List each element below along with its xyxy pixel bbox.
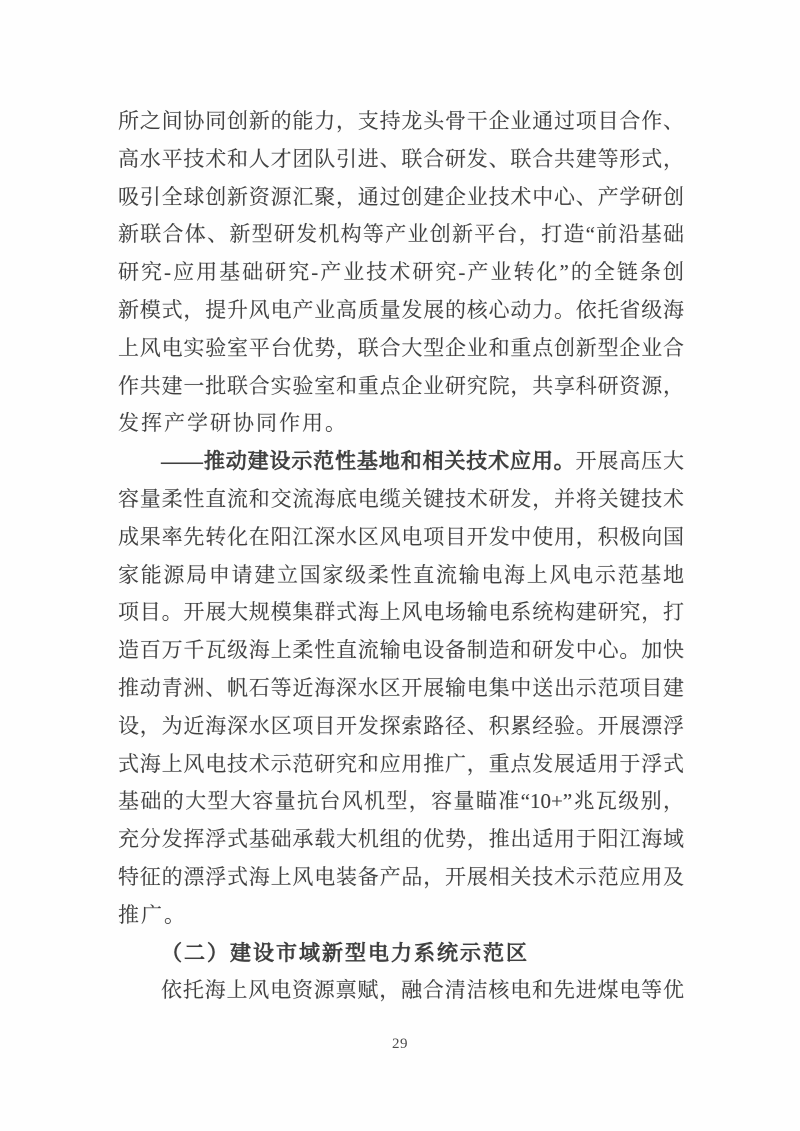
bold-text-segment: （二）建设市域新型电力系统示范区	[161, 941, 529, 965]
text-segment: 基础的大型大容量抗台风机型，容量瞄准“10+”兆瓦级别，	[118, 789, 684, 813]
text-line: 作共建一批联合实验室和重点企业研究院，共享科研资源，	[118, 368, 684, 406]
text-line: 特征的漂浮式海上风电装备产品，开展相关技术示范应用及	[118, 859, 684, 897]
text-line: 项目。开展大规模集群式海上风电场输电系统构建研究，打	[118, 594, 684, 632]
text-segment: 特征的漂浮式海上风电装备产品，开展相关技术示范应用及	[118, 865, 684, 889]
text-segment: 设，为近海深水区项目开发探索路径、积累经验。开展漂浮	[118, 714, 684, 738]
text-segment: 造百万千瓦级海上柔性直流输电设备制造和研发中心。加快	[118, 638, 684, 662]
text-line: 家能源局申请建立国家级柔性直流输电海上风电示范基地	[118, 557, 684, 595]
text-segment: 推动青洲、帆石等近海深水区开展输电集中送出示范项目建	[118, 676, 684, 700]
text-segment: 作共建一批联合实验室和重点企业研究院，共享科研资源，	[118, 374, 684, 398]
text-segment: 发挥产学研协同作用。	[118, 411, 348, 435]
text-segment: 充分发挥浮式基础承载大机组的优势，推出适用于阳江海域	[118, 827, 684, 851]
text-line: 新模式，提升风电产业高质量发展的核心动力。依托省级海	[118, 292, 684, 330]
page-number: 29	[0, 1036, 800, 1053]
text-line: 所之间协同创新的能力，支持龙头骨干企业通过项目合作、	[118, 103, 684, 141]
text-block: 所之间协同创新的能力，支持龙头骨干企业通过项目合作、高水平技术和人才团队引进、联…	[118, 103, 684, 1010]
text-segment: 推广。	[118, 903, 187, 927]
text-line: 基础的大型大容量抗台风机型，容量瞄准“10+”兆瓦级别，	[118, 783, 684, 821]
text-line: 成果率先转化在阳江深水区风电项目开发中使用，积极向国	[118, 519, 684, 557]
text-line: 式海上风电技术示范研究和应用推广，重点发展适用于浮式	[118, 746, 684, 784]
text-line: 设，为近海深水区项目开发探索路径、积累经验。开展漂浮	[118, 708, 684, 746]
text-segment: 容量柔性直流和交流海底电缆关键技术研发，并将关键技术	[118, 487, 684, 511]
text-segment: 依托海上风电资源禀赋，融合清洁核电和先进煤电等优	[161, 978, 684, 1002]
text-segment: 研究-应用基础研究-产业技术研究-产业转化”的全链条创	[118, 260, 684, 284]
text-segment: 家能源局申请建立国家级柔性直流输电海上风电示范基地	[118, 563, 684, 587]
text-line: 造百万千瓦级海上柔性直流输电设备制造和研发中心。加快	[118, 632, 684, 670]
text-line: 吸引全球创新资源汇聚，通过创建企业技术中心、产学研创	[118, 179, 684, 217]
text-segment: 新联合体、新型研发机构等产业创新平台，打造“前沿基础	[118, 222, 684, 246]
text-segment: 上风电实验室平台优势，联合大型企业和重点创新型企业合	[118, 336, 684, 360]
text-line: 研究-应用基础研究-产业技术研究-产业转化”的全链条创	[118, 254, 684, 292]
text-segment: 项目。开展大规模集群式海上风电场输电系统构建研究，打	[118, 600, 684, 624]
text-segment: 式海上风电技术示范研究和应用推广，重点发展适用于浮式	[118, 752, 684, 776]
text-line: 容量柔性直流和交流海底电缆关键技术研发，并将关键技术	[118, 481, 684, 519]
text-segment: 吸引全球创新资源汇聚，通过创建企业技术中心、产学研创	[118, 185, 684, 209]
bold-text-segment: ——推动建设示范性基地和相关技术应用。	[161, 449, 576, 473]
text-segment: 高水平技术和人才团队引进、联合研发、联合共建等形式，	[118, 147, 684, 171]
text-segment: 所之间协同创新的能力，支持龙头骨干企业通过项目合作、	[118, 109, 684, 133]
text-segment: 新模式，提升风电产业高质量发展的核心动力。依托省级海	[118, 298, 684, 322]
text-line: 发挥产学研协同作用。	[118, 405, 684, 443]
document-page: 所之间协同创新的能力，支持龙头骨干企业通过项目合作、高水平技术和人才团队引进、联…	[0, 0, 800, 1131]
section-heading: （二）建设市域新型电力系统示范区	[118, 935, 684, 973]
text-line: 充分发挥浮式基础承载大机组的优势，推出适用于阳江海域	[118, 821, 684, 859]
text-segment: 成果率先转化在阳江深水区风电项目开发中使用，积极向国	[118, 525, 684, 549]
text-line: 高水平技术和人才团队引进、联合研发、联合共建等形式，	[118, 141, 684, 179]
text-line: 推广。	[118, 897, 684, 935]
text-line: 依托海上风电资源禀赋，融合清洁核电和先进煤电等优	[118, 972, 684, 1010]
text-line: 新联合体、新型研发机构等产业创新平台，打造“前沿基础	[118, 216, 684, 254]
text-line: 上风电实验室平台优势，联合大型企业和重点创新型企业合	[118, 330, 684, 368]
text-line: 推动青洲、帆石等近海深水区开展输电集中送出示范项目建	[118, 670, 684, 708]
text-line: ——推动建设示范性基地和相关技术应用。开展高压大	[118, 443, 684, 481]
text-segment: 开展高压大	[576, 449, 684, 473]
